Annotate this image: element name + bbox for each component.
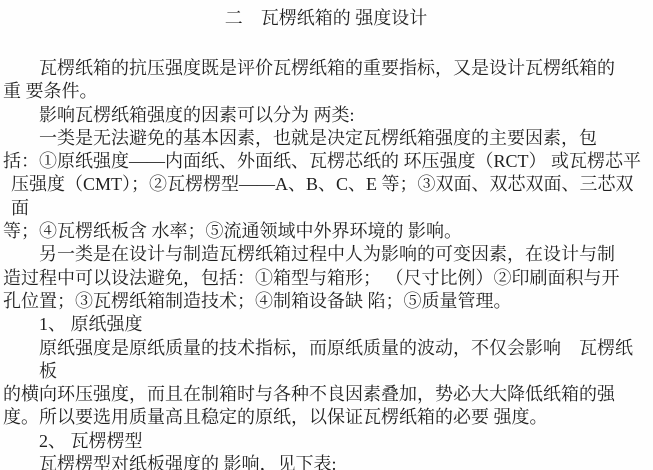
section-heading: 2、 瓦楞楞型 bbox=[3, 430, 649, 453]
text-line: 一类是无法避免的基本因素，也就是决定瓦楞纸箱强度的主要因素，包 bbox=[3, 127, 649, 150]
text-line: 另一类是在设计与制造瓦楞纸箱过程中人为影响的可变因素，在设计与制 bbox=[3, 243, 649, 266]
text-line: 压强度（CMT）；②瓦楞楞型——A、B、C、E 等；③双面、双芯双面、三芯双面 bbox=[3, 173, 649, 220]
page-title: 二 瓦楞纸箱的 强度设计 bbox=[3, 6, 649, 30]
document-body: 瓦楞纸箱的抗压强度既是评价瓦楞纸箱的重要指标，又是设计瓦楞纸箱的 重 要条件。 … bbox=[3, 57, 649, 470]
text-line: 重 要条件。 bbox=[3, 80, 649, 103]
section-heading: 1、 原纸强度 bbox=[3, 313, 649, 336]
document-page: 二 瓦楞纸箱的 强度设计 瓦楞纸箱的抗压强度既是评价瓦楞纸箱的重要指标，又是设计… bbox=[0, 0, 653, 470]
text-line: 等；④瓦楞纸板含 水率；⑤流通领域中外界环境的 影响。 bbox=[3, 220, 649, 243]
text-line: 括：①原纸强度——内面纸、外面纸、瓦楞芯纸的 环压强度（RCT） 或瓦楞芯平 bbox=[3, 150, 649, 173]
text-line: 度。所以要选用质量高且稳定的原纸，以保证瓦楞纸箱的必要 强度。 bbox=[3, 406, 649, 429]
text-line: 的横向环压强度，而且在制箱时与各种不良因素叠加，势必大大降低纸箱的强 bbox=[3, 383, 649, 406]
text-line: 瓦楞纸箱的抗压强度既是评价瓦楞纸箱的重要指标，又是设计瓦楞纸箱的 bbox=[3, 57, 649, 80]
text-line: 板 bbox=[3, 360, 649, 383]
text-line: 造过程中可以设法避免，包括：①箱型与箱形； （尺寸比例）②印刷面积与开 bbox=[3, 267, 649, 290]
text-line: 原纸强度是原纸质量的技术指标，而原纸质量的波动，不仅会影响 瓦楞纸 bbox=[3, 337, 649, 360]
text-line: 影响瓦楞纸箱强度的因素可以分为 两类: bbox=[3, 104, 649, 127]
text-line: 瓦楞楞型对纸板强度的 影响，见下表: bbox=[3, 453, 649, 470]
text-line: 孔位置；③瓦楞纸箱制造技术；④制箱设备缺 陷；⑤质量管理。 bbox=[3, 290, 649, 313]
